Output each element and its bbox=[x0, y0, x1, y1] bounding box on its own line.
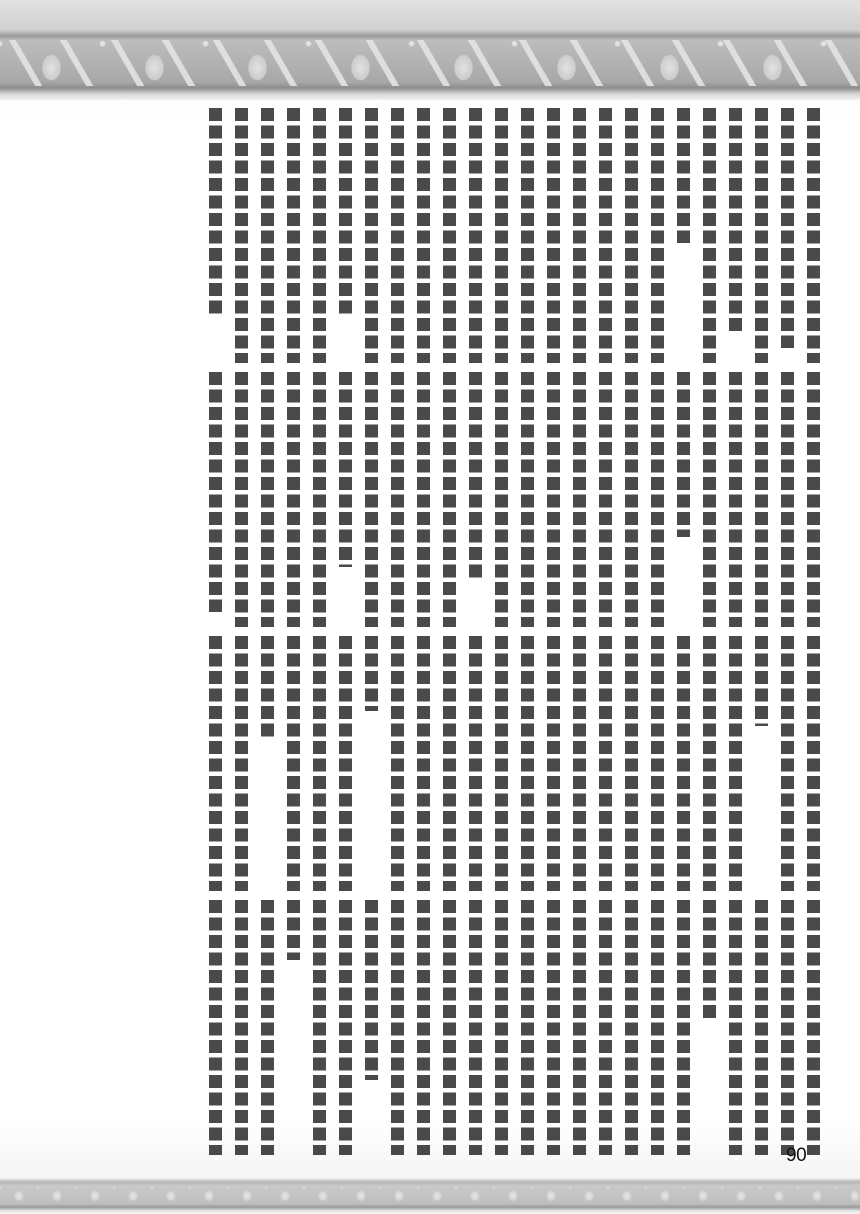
text-column bbox=[802, 372, 824, 627]
text-column bbox=[646, 108, 668, 363]
text-column bbox=[412, 108, 434, 363]
text-column bbox=[490, 108, 512, 363]
text-column bbox=[724, 900, 746, 1155]
text-column bbox=[594, 636, 616, 891]
text-column bbox=[360, 108, 382, 363]
text-column bbox=[282, 108, 304, 363]
text-column bbox=[204, 900, 226, 1155]
text-column bbox=[386, 636, 408, 891]
text-column bbox=[464, 900, 486, 1155]
text-column bbox=[230, 108, 252, 363]
text-column bbox=[620, 636, 642, 891]
text-column bbox=[646, 372, 668, 627]
text-column bbox=[646, 636, 668, 891]
text-column bbox=[594, 372, 616, 627]
text-column bbox=[542, 372, 564, 627]
text-column bbox=[750, 108, 772, 363]
text-column bbox=[490, 636, 512, 891]
text-column bbox=[568, 108, 590, 363]
text-column bbox=[204, 372, 226, 627]
text-column bbox=[750, 372, 772, 627]
text-column bbox=[568, 900, 590, 1155]
text-column bbox=[620, 108, 642, 363]
text-column bbox=[464, 636, 486, 891]
text-column bbox=[256, 372, 278, 627]
text-column bbox=[334, 108, 356, 363]
text-column bbox=[308, 108, 330, 363]
ornamental-border-top bbox=[0, 0, 860, 100]
text-column bbox=[256, 636, 278, 891]
ornament-motif-icon bbox=[0, 40, 860, 86]
text-column bbox=[230, 900, 252, 1155]
text-column bbox=[386, 372, 408, 627]
text-column bbox=[802, 900, 824, 1155]
text-column bbox=[776, 108, 798, 363]
text-column bbox=[230, 372, 252, 627]
text-column bbox=[646, 900, 668, 1155]
text-column bbox=[568, 636, 590, 891]
text-column bbox=[204, 636, 226, 891]
text-column bbox=[334, 900, 356, 1155]
text-column bbox=[802, 108, 824, 363]
text-column bbox=[412, 372, 434, 627]
text-column bbox=[698, 108, 720, 363]
ornament-motif-icon bbox=[0, 1186, 860, 1204]
text-column bbox=[412, 636, 434, 891]
text-column bbox=[594, 900, 616, 1155]
text-column bbox=[464, 108, 486, 363]
text-column bbox=[724, 372, 746, 627]
text-column bbox=[386, 900, 408, 1155]
text-column bbox=[776, 372, 798, 627]
text-column bbox=[230, 636, 252, 891]
text-column bbox=[360, 372, 382, 627]
text-block-1 bbox=[200, 108, 824, 363]
text-column bbox=[542, 900, 564, 1155]
text-column bbox=[256, 108, 278, 363]
text-column bbox=[516, 372, 538, 627]
text-column bbox=[542, 636, 564, 891]
text-column bbox=[620, 900, 642, 1155]
text-column bbox=[672, 900, 694, 1155]
text-column bbox=[672, 636, 694, 891]
ornamental-border-bottom bbox=[0, 1178, 860, 1214]
text-column bbox=[802, 636, 824, 891]
text-column bbox=[698, 372, 720, 627]
text-column bbox=[516, 900, 538, 1155]
text-column bbox=[412, 900, 434, 1155]
text-column bbox=[568, 372, 590, 627]
text-column bbox=[334, 372, 356, 627]
text-column bbox=[776, 900, 798, 1155]
text-column bbox=[438, 636, 460, 891]
text-column bbox=[750, 900, 772, 1155]
text-block-4 bbox=[200, 900, 824, 1155]
text-column bbox=[438, 108, 460, 363]
text-block-2 bbox=[200, 372, 824, 627]
text-column bbox=[776, 636, 798, 891]
text-column bbox=[620, 372, 642, 627]
text-column bbox=[724, 108, 746, 363]
page-number: 90 bbox=[786, 1145, 806, 1167]
text-column bbox=[334, 636, 356, 891]
document-page: 90 bbox=[0, 0, 860, 1214]
text-column bbox=[438, 900, 460, 1155]
text-column bbox=[308, 372, 330, 627]
text-column bbox=[672, 108, 694, 363]
text-column bbox=[308, 636, 330, 891]
text-column bbox=[698, 636, 720, 891]
text-column bbox=[542, 108, 564, 363]
text-column bbox=[594, 108, 616, 363]
text-column bbox=[256, 900, 278, 1155]
text-column bbox=[490, 372, 512, 627]
text-column bbox=[282, 636, 304, 891]
text-column bbox=[464, 372, 486, 627]
text-column bbox=[282, 900, 304, 1155]
text-column bbox=[490, 900, 512, 1155]
text-column bbox=[750, 636, 772, 891]
text-column bbox=[438, 372, 460, 627]
text-column bbox=[698, 900, 720, 1155]
text-column bbox=[724, 636, 746, 891]
text-column bbox=[360, 636, 382, 891]
text-column bbox=[516, 636, 538, 891]
text-column bbox=[672, 372, 694, 627]
text-column bbox=[360, 900, 382, 1155]
text-block-3 bbox=[200, 636, 824, 891]
text-column bbox=[308, 900, 330, 1155]
text-column bbox=[516, 108, 538, 363]
text-column bbox=[282, 372, 304, 627]
text-column bbox=[386, 108, 408, 363]
text-column bbox=[204, 108, 226, 363]
